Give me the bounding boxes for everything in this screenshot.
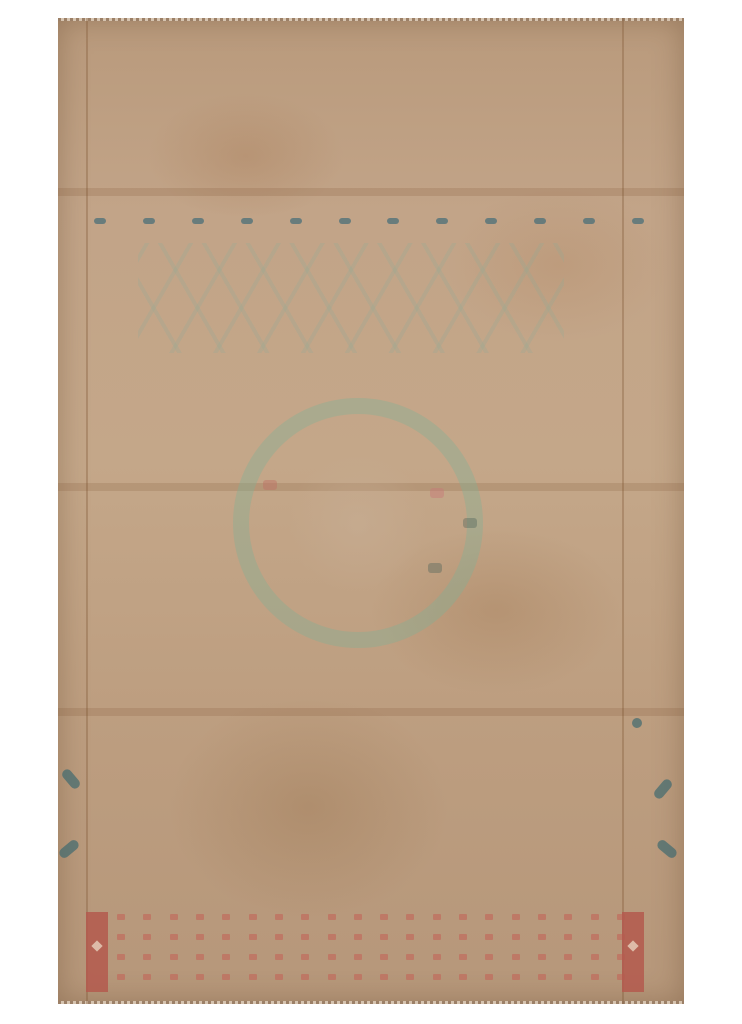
lattice-pattern	[138, 243, 564, 353]
fold-line	[58, 188, 684, 196]
red-motif	[263, 480, 277, 490]
left-red-panel	[86, 912, 108, 992]
top-fringe	[58, 18, 684, 21]
dot	[192, 218, 204, 224]
dot	[143, 218, 155, 224]
dot	[485, 218, 497, 224]
red-motif-field	[108, 914, 634, 984]
dot	[387, 218, 399, 224]
right-border-motif	[652, 777, 674, 800]
dark-motif	[428, 563, 442, 573]
dot	[290, 218, 302, 224]
blue-dot-row	[94, 214, 644, 228]
left-border-motif	[60, 767, 82, 790]
central-medallion	[233, 398, 483, 648]
pink-motif	[430, 488, 444, 498]
dot	[241, 218, 253, 224]
dot	[339, 218, 351, 224]
left-border-line	[86, 18, 88, 1004]
right-border-line	[622, 18, 624, 1004]
right-border-motif	[632, 718, 642, 728]
dot	[94, 218, 106, 224]
dot	[436, 218, 448, 224]
dark-motif	[463, 518, 477, 528]
dot	[534, 218, 546, 224]
right-red-panel	[622, 912, 644, 992]
fold-line	[58, 708, 684, 716]
rug	[58, 18, 684, 1004]
left-border-motif	[57, 838, 80, 860]
right-border-motif	[655, 838, 678, 860]
medallion-center	[288, 453, 428, 593]
bottom-fringe	[58, 1001, 684, 1004]
dot	[583, 218, 595, 224]
dot	[632, 218, 644, 224]
